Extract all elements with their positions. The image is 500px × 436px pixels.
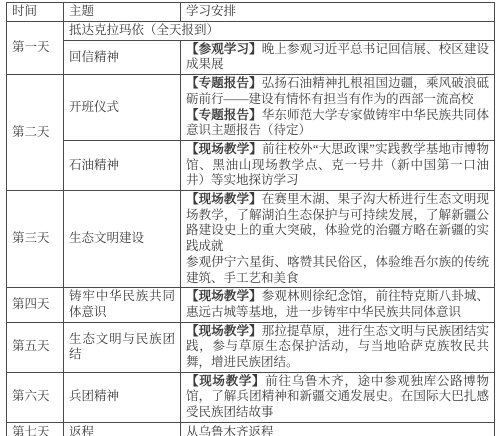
activity-tag: 【现场教学】 [186,192,262,206]
header-time: 时间 [7,3,64,22]
header-theme: 主题 [64,3,181,22]
table-row: 石油精神 【现场教学】前往校外“大思政课”实践教学基地市博物馆、黑油山现场教学点… [7,140,495,190]
day4-arrangement-cell: 【现场教学】参观林则徐纪念馆，前往特克斯八卦城、惠远古城等基地，进一步铸牢中华民… [181,288,495,322]
activity-tag: 【专题报告】 [186,108,262,122]
day1-arrival-cell: 抵达克拉玛依（全天报到） [64,22,495,41]
arrangement-item: 【专题报告】华东师范大学专家做铸牢中华民族共同体意识主题报告（待定） [186,108,489,139]
activity-tag: 【专题报告】 [186,76,262,90]
day2-theme-b-cell: 石油精神 [64,140,181,190]
arrangement-item: 【现场教学】在赛里木湖、果子沟大桥进行生态文明现场教学，了解湖泊生态保护与可持续… [186,192,489,255]
table-row: 第五天 生态文明与民族团结 【现场教学】那拉提草原，进行生态文明与民族团结实践，… [7,322,495,372]
day7-time-cell: 第七天 [7,422,64,436]
table-row: 第二天 开班仪式 【专题报告】弘扬石油精神扎根祖国边疆，乘风破浪砥砺前行——建设… [7,75,495,141]
table-row: 第一天 抵达克拉玛依（全天报到） [7,22,495,41]
day6-arrangement-cell: 【现场教学】前往乌鲁木齐，途中参观独库公路博物馆，了解兵团精神和新疆交通发展史。… [181,372,495,422]
arrangement-item: 【现场教学】参观林则徐纪念馆，前往特克斯八卦城、惠远古城等基地，进一步铸牢中华民… [186,289,489,320]
table-row: 第七天 返程 从乌鲁木齐返程 [7,422,495,436]
header-arrangement: 学习安排 [181,3,495,22]
header-row: 时间 主题 学习安排 [7,3,495,22]
arrangement-item: 【专题报告】弘扬石油精神扎根祖国边疆，乘风破浪砥砺前行——建设有情怀有担当有作为… [186,76,489,107]
day1-time-cell: 第一天 [7,22,64,75]
day6-time-cell: 第六天 [7,372,64,422]
day2-arrangement-a-cell: 【专题报告】弘扬石油精神扎根祖国边疆，乘风破浪砥砺前行——建设有情怀有担当有作为… [181,75,495,141]
activity-tag: 【现场教学】 [186,142,262,156]
activity-tag: 【现场教学】 [186,374,265,388]
arrangement-item: 从乌鲁木齐返程 [186,425,489,436]
day5-theme-cell: 生态文明与民族团结 [64,322,181,372]
day4-theme-cell: 铸牢中华民族共同体意识 [64,288,181,322]
arrangement-item: 【现场教学】那拉提草原，进行生态文明与民族团结实践，参与草原生态保护活动，与当地… [186,324,489,371]
activity-text: 参观伊宁六星街、喀赞其民俗区，体验维吾尔族的传统建筑、手工艺和美食 [186,255,489,285]
day1-theme-cell: 回信精神 [64,40,181,74]
schedule-table: 时间 主题 学习安排 第一天 抵达克拉玛依（全天报到） 回信精神 【参观学习】晚… [6,2,495,436]
day7-arrangement-cell: 从乌鲁木齐返程 [181,422,495,436]
day7-theme-cell: 返程 [64,422,181,436]
table-row: 第六天 兵团精神 【现场教学】前往乌鲁木齐，途中参观独库公路博物馆，了解兵团精神… [7,372,495,422]
arrangement-item: 【现场教学】前往校外“大思政课”实践教学基地市博物馆、黑油山现场教学点、克一号井… [186,142,489,189]
activity-text: 从乌鲁木齐返程 [186,425,274,436]
day1-arrangement-cell: 【参观学习】晚上参观习近平总书记回信展、校区建设成果展 [181,40,495,74]
day2-theme-a-cell: 开班仪式 [64,75,181,141]
day5-time-cell: 第五天 [7,322,64,372]
day2-arrangement-b-cell: 【现场教学】前往校外“大思政课”实践教学基地市博物馆、黑油山现场教学点、克一号井… [181,140,495,190]
document-page: 时间 主题 学习安排 第一天 抵达克拉玛依（全天报到） 回信精神 【参观学习】晚… [0,0,500,436]
table-row: 回信精神 【参观学习】晚上参观习近平总书记回信展、校区建设成果展 [7,40,495,74]
day3-time-cell: 第三天 [7,191,64,288]
day6-theme-cell: 兵团精神 [64,372,181,422]
table-row: 第四天 铸牢中华民族共同体意识 【现场教学】参观林则徐纪念馆，前往特克斯八卦城、… [7,288,495,322]
day4-time-cell: 第四天 [7,288,64,322]
day2-time-cell: 第二天 [7,75,64,191]
day3-arrangement-cell: 【现场教学】在赛里木湖、果子沟大桥进行生态文明现场教学，了解湖泊生态保护与可持续… [181,191,495,288]
day5-arrangement-cell: 【现场教学】那拉提草原，进行生态文明与民族团结实践，参与草原生态保护活动，与当地… [181,322,495,372]
activity-tag: 【现场教学】 [186,324,262,338]
table-row: 第三天 生态文明建设 【现场教学】在赛里木湖、果子沟大桥进行生态文明现场教学，了… [7,191,495,288]
arrangement-item: 【参观学习】晚上参观习近平总书记回信展、校区建设成果展 [186,42,489,73]
activity-tag: 【参观学习】 [186,42,262,56]
arrangement-item: 参观伊宁六星街、喀赞其民俗区，体验维吾尔族的传统建筑、手工艺和美食 [186,255,489,286]
arrangement-item: 【现场教学】前往乌鲁木齐，途中参观独库公路博物馆，了解兵团精神和新疆交通发展史。… [186,374,489,421]
day3-theme-cell: 生态文明建设 [64,191,181,288]
activity-tag: 【现场教学】 [186,289,262,303]
